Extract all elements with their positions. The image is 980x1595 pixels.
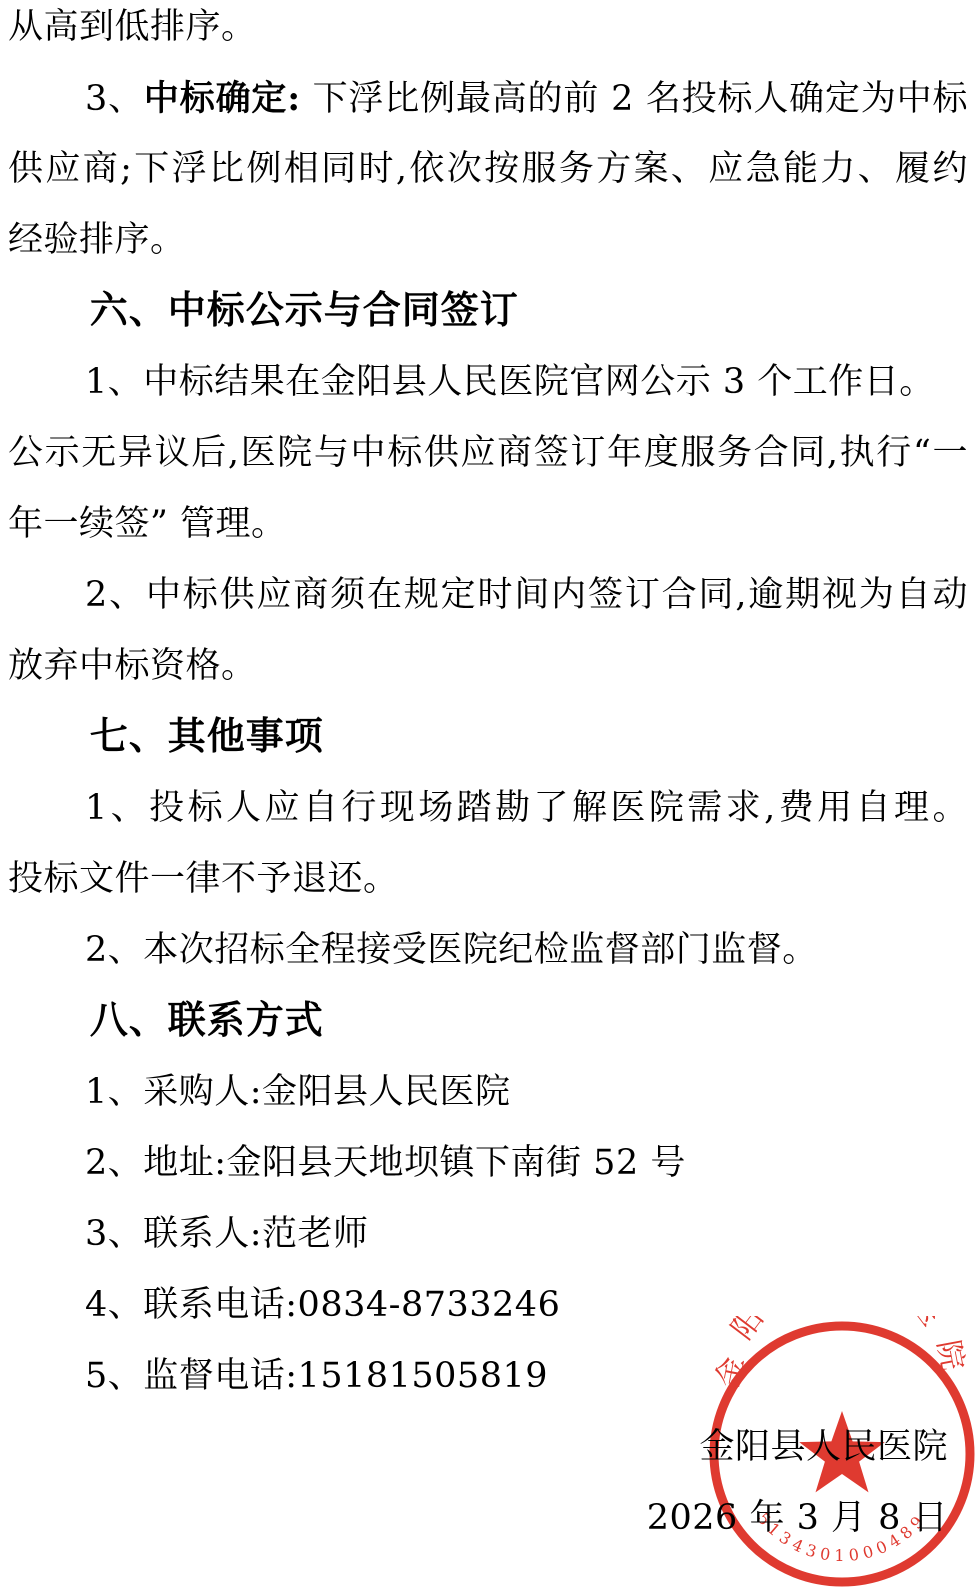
text-segment: 3、联系人:范老师 (85, 1214, 369, 1254)
text-segment: 供应商;下浮比例相同时,依次按服务方案、应急能力、履约 (8, 149, 968, 189)
text-segment: 七、其他事项 (90, 716, 324, 758)
seal-star-icon (799, 1411, 885, 1492)
text-segment: 八、联系方式 (90, 1000, 324, 1042)
text-line: 2、中标供应商须在规定时间内签订合同,逾期视为自动 (8, 560, 968, 631)
seal-code: 5134301000489 (753, 1509, 930, 1565)
text-segment: 2、中标供应商须在规定时间内签订合同,逾期视为自动 (85, 575, 968, 615)
text-segment: 经验排序。 (8, 220, 186, 260)
text-segment: 下浮比例最高的前 2 名投标人确定为中标 (301, 79, 968, 119)
text-line: 公示无异议后,医院与中标供应商签订年度服务合同,执行“一 (8, 418, 968, 489)
text-segment: 3、 (85, 79, 144, 119)
text-segment: 投标文件一律不予退还。 (8, 859, 399, 899)
text-line: 2、本次招标全程接受医院纪检监督部门监督。 (8, 915, 968, 986)
section-heading: 六、中标公示与合同签订 (8, 276, 968, 347)
text-line: 3、联系人:范老师 (8, 1199, 968, 1270)
text-segment: 2、地址:金阳县天地坝镇下南街 52 号 (85, 1143, 686, 1183)
text-line: 1、中标结果在金阳县人民医院官网公示 3 个工作日。 (8, 347, 968, 418)
section-heading: 八、联系方式 (8, 986, 968, 1057)
text-line: 年一续签” 管理。 (8, 489, 968, 560)
text-segment: 从高到低排序。 (8, 7, 257, 47)
text-line: 放弃中标资格。 (8, 631, 968, 702)
text-line: 1、采购人:金阳县人民医院 (8, 1057, 968, 1128)
text-segment: 放弃中标资格。 (8, 646, 257, 686)
text-line: 投标文件一律不予退还。 (8, 844, 968, 915)
text-line: 经验排序。 (8, 205, 968, 276)
text-segment: 2、本次招标全程接受医院纪检监督部门监督。 (85, 930, 818, 970)
text-segment: 5、监督电话:15181505819 (85, 1356, 548, 1396)
section-heading: 七、其他事项 (8, 702, 968, 773)
text-line: 1、投标人应自行现场踏勘了解医院需求,费用自理。 (8, 773, 968, 844)
text-line: 供应商;下浮比例相同时,依次按服务方案、应急能力、履约 (8, 134, 968, 205)
text-line: 2、地址:金阳县天地坝镇下南街 52 号 (8, 1128, 968, 1199)
text-segment: 1、采购人:金阳县人民医院 (85, 1072, 511, 1112)
text-segment: 4、联系电话:0834-8733246 (85, 1285, 560, 1325)
text-line: 3、中标确定: 下浮比例最高的前 2 名投标人确定为中标 (8, 63, 968, 134)
text-segment: 1、投标人应自行现场踏勘了解医院需求,费用自理。 (85, 788, 968, 828)
text-line: 从高到低排序。 (8, 0, 968, 63)
document-page: 从高到低排序。3、中标确定: 下浮比例最高的前 2 名投标人确定为中标供应商;下… (0, 0, 980, 1595)
official-seal: 金阳县人民医院 5134301000489 (704, 1316, 980, 1592)
svg-text:5134301000489: 5134301000489 (753, 1509, 930, 1565)
text-segment: 1、中标结果在金阳县人民医院官网公示 3 个工作日。 (85, 362, 935, 402)
text-segment: 公示无异议后,医院与中标供应商签订年度服务合同,执行“一 (8, 433, 968, 473)
text-segment: 年一续签” 管理。 (8, 504, 287, 544)
text-segment: 六、中标公示与合同签订 (90, 290, 519, 332)
text-segment: 中标确定: (144, 78, 301, 119)
